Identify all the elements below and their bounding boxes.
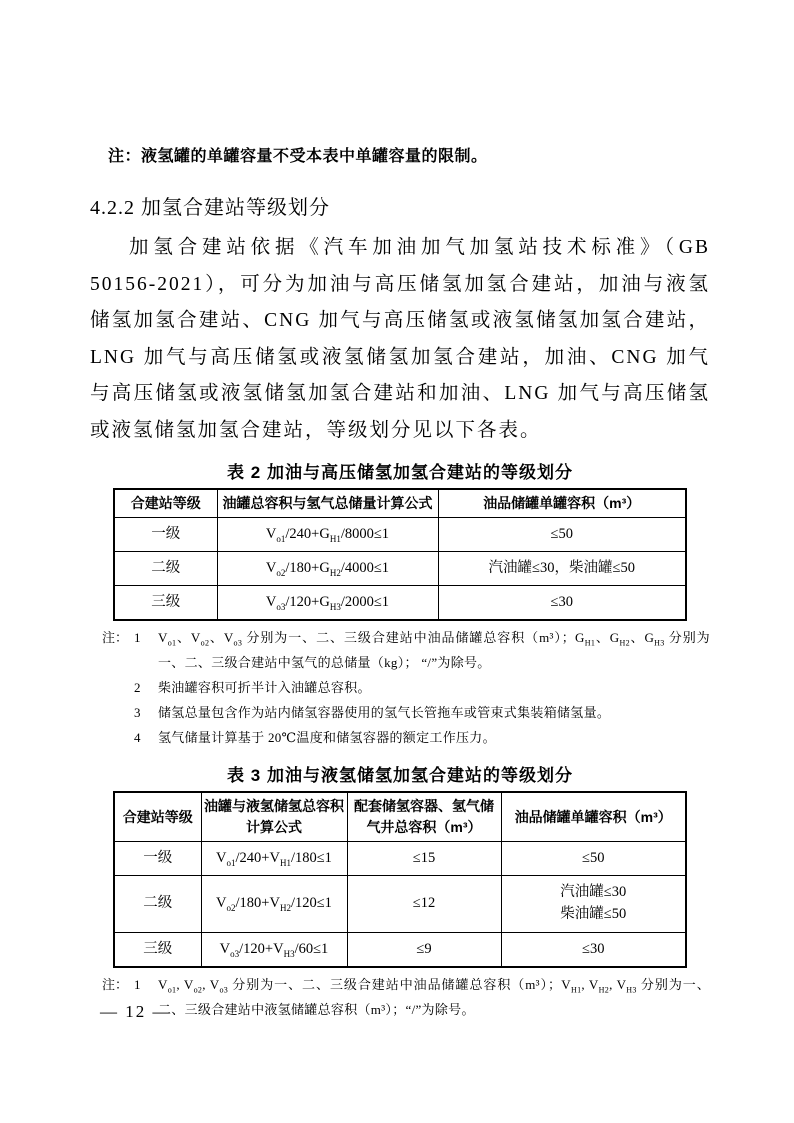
note-number: 3 — [134, 700, 158, 725]
note-number: 4 — [134, 725, 158, 750]
table2-row: 一级 Vo1/240+GH1/8000≤1 ≤50 — [114, 518, 686, 552]
table3-title: 表 3 加油与液氢储氢加氢合建站的等级划分 — [90, 764, 710, 788]
table3-row: 一级 Vo1/240+VH1/180≤1 ≤15 ≤50 — [114, 842, 686, 876]
note-item: 注： 1 Vo1、Vo2、Vo3 分别为一、二、三级合建站中油品储罐总容积（m³… — [102, 625, 710, 675]
table2-header-row: 合建站等级 油罐总容积与氢气总储量计算公式 油品储罐单罐容积（m³） — [114, 489, 686, 518]
note-text: 柴油罐容积可折半计入油罐总容积。 — [158, 675, 710, 700]
note-text: Vo1、Vo2、Vo3 分别为一、二、三级合建站中油品储罐总容积（m³）；GH1… — [158, 625, 710, 675]
section-heading: 4.2.2 加氢合建站等级划分 — [90, 194, 710, 222]
note-label: 注： — [102, 972, 134, 997]
table2-header-formula: 油罐总容积与氢气总储量计算公式 — [217, 489, 438, 518]
level-cell: 一级 — [114, 518, 217, 552]
table2-header-level: 合建站等级 — [114, 489, 217, 518]
formula-cell: Vo3/120+GH3/2000≤1 — [217, 586, 438, 621]
table2-header-tank: 油品储罐单罐容积（m³） — [438, 489, 686, 518]
level-cell: 一级 — [114, 842, 201, 876]
table2-row: 二级 Vo2/180+GH2/4000≤1 汽油罐≤30，柴油罐≤50 — [114, 552, 686, 586]
table3-header-tank: 油品储罐单罐容积（m³） — [501, 792, 686, 842]
table3-row: 二级 Vo2/180+VH2/120≤1 ≤12 汽油罐≤30 柴油罐≤50 — [114, 876, 686, 933]
table2-title: 表 2 加油与高压储氢加氢合建站的等级划分 — [90, 461, 710, 485]
note-text: Vo1, Vo2, Vo3 分别为一、二、三级合建站中油品储罐总容积（m³）；V… — [158, 972, 710, 1022]
formula-cell: Vo1/240+GH1/8000≤1 — [217, 518, 438, 552]
tank-cell: 汽油罐≤30 柴油罐≤50 — [501, 876, 686, 933]
tank-line: 汽油罐≤30 — [505, 882, 683, 904]
well-cell: ≤15 — [347, 842, 501, 876]
formula-cell: Vo1/240+VH1/180≤1 — [201, 842, 347, 876]
note-number: 1 — [134, 625, 158, 650]
document-page: 注：液氢罐的单罐容量不受本表中单罐容量的限制。 4.2.2 加氢合建站等级划分 … — [0, 0, 794, 1123]
formula-cell: Vo3/120+VH3/60≤1 — [201, 932, 347, 967]
tank-cell: ≤50 — [501, 842, 686, 876]
page-number: — 12 — — [100, 1002, 172, 1022]
well-cell: ≤9 — [347, 932, 501, 967]
note-text: 储氢总量包含作为站内储氢容器使用的氢气长管拖车或管束式集装箱储氢量。 — [158, 700, 710, 725]
level-cell: 二级 — [114, 876, 201, 933]
level-cell: 二级 — [114, 552, 217, 586]
level-cell: 三级 — [114, 932, 201, 967]
table2: 合建站等级 油罐总容积与氢气总储量计算公式 油品储罐单罐容积（m³） 一级 Vo… — [113, 488, 687, 621]
tank-line: 柴油罐≤50 — [505, 904, 683, 926]
table3-notes: 注： 1 Vo1, Vo2, Vo3 分别为一、二、三级合建站中油品储罐总容积（… — [102, 972, 710, 1022]
body-paragraph: 加氢合建站依据《汽车加油加气加氢站技术标准》（GB 50156-2021），可分… — [90, 230, 710, 449]
tank-cell: ≤30 — [501, 932, 686, 967]
level-cell: 三级 — [114, 586, 217, 621]
table3-row: 三级 Vo3/120+VH3/60≤1 ≤9 ≤30 — [114, 932, 686, 967]
tank-cell: ≤50 — [438, 518, 686, 552]
note-label: 注： — [102, 625, 134, 650]
tank-cell: ≤30 — [438, 586, 686, 621]
top-note: 注：液氢罐的单罐容量不受本表中单罐容量的限制。 — [90, 146, 710, 168]
note-item: 4 氢气储量计算基于 20℃温度和储氢容器的额定工作压力。 — [102, 725, 710, 750]
formula-cell: Vo2/180+GH2/4000≤1 — [217, 552, 438, 586]
note-number: 1 — [134, 972, 158, 997]
table3: 合建站等级 油罐与液氢储氢总容积计算公式 配套储氢容器、氢气储气井总容积（m³）… — [113, 791, 687, 968]
table2-notes: 注： 1 Vo1、Vo2、Vo3 分别为一、二、三级合建站中油品储罐总容积（m³… — [102, 625, 710, 750]
note-item: 注： 1 Vo1, Vo2, Vo3 分别为一、二、三级合建站中油品储罐总容积（… — [102, 972, 710, 1022]
tank-cell: 汽油罐≤30，柴油罐≤50 — [438, 552, 686, 586]
well-cell: ≤12 — [347, 876, 501, 933]
table3-header-row: 合建站等级 油罐与液氢储氢总容积计算公式 配套储氢容器、氢气储气井总容积（m³）… — [114, 792, 686, 842]
table2-row: 三级 Vo3/120+GH3/2000≤1 ≤30 — [114, 586, 686, 621]
note-number: 2 — [134, 675, 158, 700]
table3-header-well: 配套储氢容器、氢气储气井总容积（m³） — [347, 792, 501, 842]
table3-header-level: 合建站等级 — [114, 792, 201, 842]
note-item: 3 储氢总量包含作为站内储氢容器使用的氢气长管拖车或管束式集装箱储氢量。 — [102, 700, 710, 725]
note-item: 2 柴油罐容积可折半计入油罐总容积。 — [102, 675, 710, 700]
table3-header-formula: 油罐与液氢储氢总容积计算公式 — [201, 792, 347, 842]
note-text: 氢气储量计算基于 20℃温度和储氢容器的额定工作压力。 — [158, 725, 710, 750]
formula-cell: Vo2/180+VH2/120≤1 — [201, 876, 347, 933]
